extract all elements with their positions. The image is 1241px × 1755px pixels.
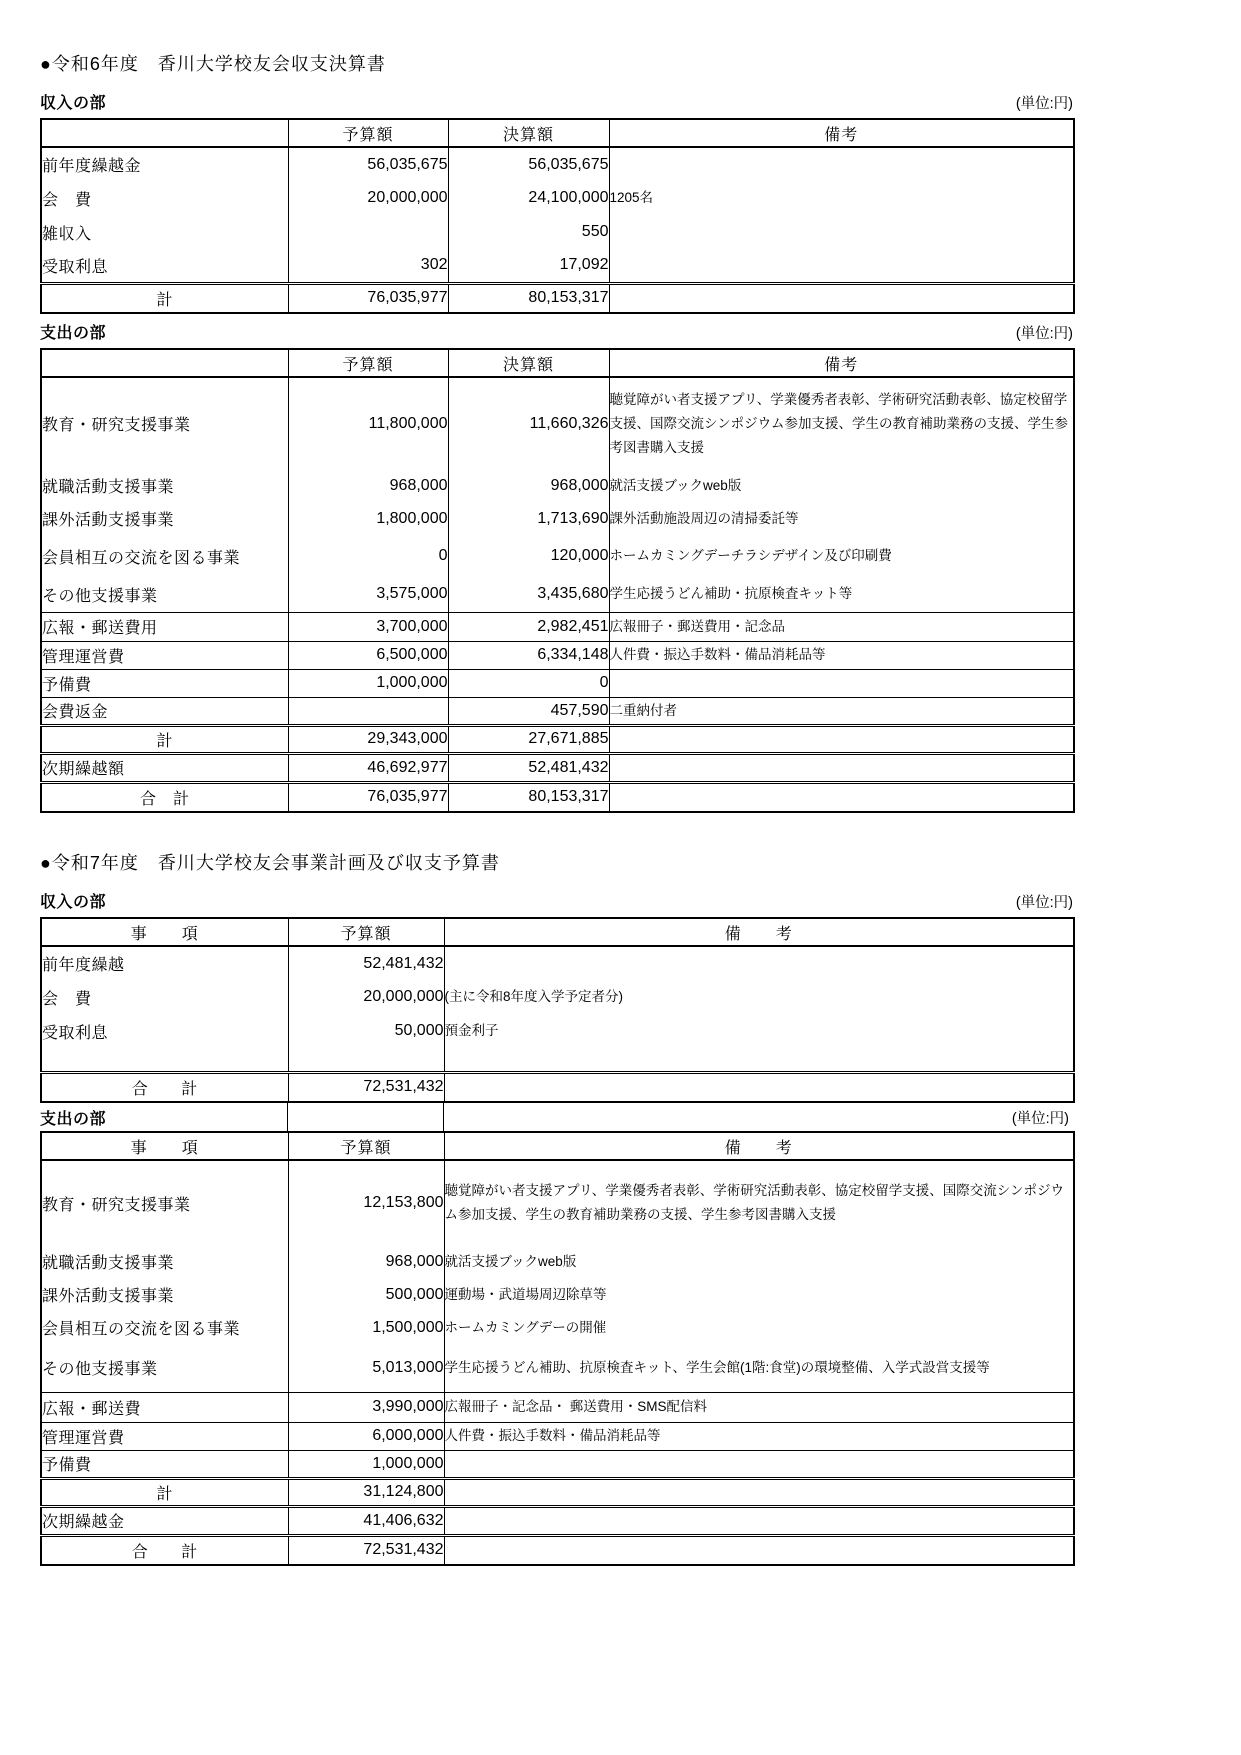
- budget-cell: 1,800,000: [288, 502, 448, 535]
- table-row: 会員相互の交流を図る事業 0 120,000 ホームカミングデーチラシデザイン及…: [41, 535, 1074, 577]
- remarks-cell: 人件費・振込手数料・備品消耗品等: [444, 1422, 1074, 1450]
- item-label-cell: 教育・研究支援事業: [41, 1160, 288, 1245]
- remarks-cell: 学生応援うどん補助、抗原検査キット、学生会館(1階:食堂)の環境整備、入学式設営…: [444, 1344, 1074, 1392]
- total-row: 計 29,343,000 27,671,885: [41, 725, 1074, 753]
- report-page: ●令和6年度 香川大学校友会収支決算書 収入の部 (単位:円) 予算額 決算額 …: [40, 0, 1073, 1566]
- remarks-cell: 預金利子: [444, 1014, 1074, 1048]
- item-header-cell: [41, 119, 288, 147]
- item-label-cell: 受取利息: [41, 1014, 288, 1048]
- grand-total-settlement-cell: 80,153,317: [448, 782, 609, 812]
- table-row: 課外活動支援事業 500,000 運動場・武道場周辺除草等: [41, 1278, 1074, 1311]
- total-remarks-cell: [609, 725, 1074, 753]
- doc2-income-unit-label: (単位:円): [1016, 891, 1073, 912]
- item-header-cell: [41, 349, 288, 377]
- doc1-income-section-label: 収入の部: [40, 90, 106, 113]
- budget-cell: 56,035,675: [288, 147, 448, 181]
- item-label-cell: 会 費: [41, 980, 288, 1014]
- item-header-cell: 事 項: [41, 1132, 288, 1160]
- settlement-cell: 1,713,690: [448, 502, 609, 535]
- remarks-header-cell: 備 考: [444, 1132, 1074, 1160]
- grand-total-row: 合 計 72,531,432: [41, 1535, 1074, 1565]
- budget-cell: 20,000,000: [288, 980, 444, 1014]
- remarks-cell: ホームカミングデーチラシデザイン及び印刷費: [609, 535, 1074, 577]
- remarks-cell: 聴覚障がい者支援アプリ、学業優秀者表彰、学術研究活動表彰、協定校留学支援、国際交…: [444, 1160, 1074, 1245]
- table-row: 会費返金 457,590 二重納付者: [41, 697, 1074, 725]
- remarks-cell: [609, 669, 1074, 697]
- budget-cell: 11,800,000: [288, 377, 448, 469]
- doc2-expense-section-row: 支出の部 (単位:円): [40, 1103, 1073, 1131]
- table-row: 会 費 20,000,000 (主に令和8年度入学予定者分): [41, 980, 1074, 1014]
- item-label-cell: 広報・郵送費: [41, 1392, 288, 1422]
- remarks-header-cell: 備考: [609, 349, 1074, 377]
- doc1-income-table: 予算額 決算額 備考 前年度繰越金 56,035,675 56,035,675 …: [40, 118, 1075, 314]
- budget-cell: 52,481,432: [288, 946, 444, 980]
- table-row: 前年度繰越金 56,035,675 56,035,675: [41, 147, 1074, 181]
- header-row: 事 項 予算額 備 考: [41, 1132, 1074, 1160]
- doc1-expense-section-label: 支出の部: [40, 320, 106, 343]
- grand-total-row: 合 計 72,531,432: [41, 1072, 1074, 1102]
- budget-cell: 3,700,000: [288, 612, 448, 641]
- carryover-settlement-cell: 52,481,432: [448, 753, 609, 782]
- item-label-cell: 課外活動支援事業: [41, 502, 288, 535]
- item-label-cell: 会費返金: [41, 697, 288, 725]
- remarks-cell: 聴覚障がい者支援アプリ、学業優秀者表彰、学術研究活動表彰、協定校留学支援、国際交…: [609, 377, 1074, 469]
- header-row: 予算額 決算額 備考: [41, 119, 1074, 147]
- budget-cell: 3,990,000: [288, 1392, 444, 1422]
- remarks-cell: 学生応援うどん補助・抗原検査キット等: [609, 577, 1074, 612]
- grand-total-remarks-cell: [609, 782, 1074, 812]
- settlement-cell: 2,982,451: [448, 612, 609, 641]
- budget-cell: 968,000: [288, 1245, 444, 1278]
- table-row: 前年度繰越 52,481,432: [41, 946, 1074, 980]
- item-label-cell: 受取利息: [41, 249, 288, 283]
- doc2-title: ●令和7年度 香川大学校友会事業計画及び収支予算書: [40, 849, 1073, 875]
- settlement-cell: 0: [448, 669, 609, 697]
- budget-cell: 3,575,000: [288, 577, 448, 612]
- total-label-cell: 計: [41, 1478, 288, 1506]
- item-label-cell: その他支援事業: [41, 577, 288, 612]
- grand-total-budget-cell: 72,531,432: [288, 1535, 444, 1565]
- budget-cell: 1,000,000: [288, 1450, 444, 1478]
- doc1-income-unit-label: (単位:円): [1016, 92, 1073, 113]
- header-row: 事 項 予算額 備 考: [41, 918, 1074, 946]
- grand-total-row: 合 計 76,035,977 80,153,317: [41, 782, 1074, 812]
- total-label-cell: 計: [41, 283, 288, 313]
- doc1-income-section-line: 収入の部 (単位:円): [40, 88, 1073, 113]
- grand-total-budget-cell: 72,531,432: [288, 1072, 444, 1102]
- doc1-expense-table: 予算額 決算額 備考 教育・研究支援事業 11,800,000 11,660,3…: [40, 348, 1075, 813]
- remarks-cell: 課外活動施設周辺の清掃委託等: [609, 502, 1074, 535]
- table-row: 会 費 20,000,000 24,100,000 1205名: [41, 181, 1074, 215]
- budget-header-cell: 予算額: [288, 349, 448, 377]
- doc2-income-section-label: 収入の部: [40, 889, 106, 912]
- table-row: 広報・郵送費用 3,700,000 2,982,451 広報冊子・郵送費用・記念…: [41, 612, 1074, 641]
- settlement-header-cell: 決算額: [448, 349, 609, 377]
- settlement-cell: 17,092: [448, 249, 609, 283]
- item-label-cell: 就職活動支援事業: [41, 1245, 288, 1278]
- table-row: 受取利息 50,000 預金利子: [41, 1014, 1074, 1048]
- carryover-row: 次期繰越金 41,406,632: [41, 1506, 1074, 1535]
- table-row: 雑収入 550: [41, 215, 1074, 249]
- remarks-cell: [609, 147, 1074, 181]
- item-label-cell: 予備費: [41, 669, 288, 697]
- spacer-cell: [444, 1048, 1074, 1072]
- table-row: 予備費 1,000,000: [41, 1450, 1074, 1478]
- doc2-income-section-line: 収入の部 (単位:円): [40, 887, 1073, 912]
- spacer-cell: [288, 1048, 444, 1072]
- budget-cell: 500,000: [288, 1278, 444, 1311]
- remarks-cell: 就活支援ブックweb版: [609, 469, 1074, 502]
- carryover-budget-cell: 46,692,977: [288, 753, 448, 782]
- budget-cell: [288, 215, 448, 249]
- budget-cell: 302: [288, 249, 448, 283]
- carryover-row: 次期繰越額 46,692,977 52,481,432: [41, 753, 1074, 782]
- total-row: 計 76,035,977 80,153,317: [41, 283, 1074, 313]
- remarks-cell: (主に令和8年度入学予定者分): [444, 980, 1074, 1014]
- grand-total-budget-cell: 76,035,977: [288, 782, 448, 812]
- total-settlement-cell: 80,153,317: [448, 283, 609, 313]
- budget-header-cell: 予算額: [288, 1132, 444, 1160]
- budget-cell: 1,000,000: [288, 669, 448, 697]
- item-label-cell: 会 費: [41, 181, 288, 215]
- budget-cell: [288, 697, 448, 725]
- remarks-cell: [444, 946, 1074, 980]
- table-row: 管理運営費 6,000,000 人件費・振込手数料・備品消耗品等: [41, 1422, 1074, 1450]
- item-label-cell: 教育・研究支援事業: [41, 377, 288, 469]
- table-row: 会員相互の交流を図る事業 1,500,000 ホームカミングデーの開催: [41, 1311, 1074, 1344]
- table-row: 受取利息 302 17,092: [41, 249, 1074, 283]
- carryover-label-cell: 次期繰越額: [41, 753, 288, 782]
- budget-cell: 1,500,000: [288, 1311, 444, 1344]
- total-row: 計 31,124,800: [41, 1478, 1074, 1506]
- settlement-cell: 24,100,000: [448, 181, 609, 215]
- remarks-cell: 広報冊子・郵送費用・記念品: [609, 612, 1074, 641]
- budget-cell: 50,000: [288, 1014, 444, 1048]
- carryover-label-cell: 次期繰越金: [41, 1506, 288, 1535]
- carryover-budget-cell: 41,406,632: [288, 1506, 444, 1535]
- grand-total-label-cell: 合 計: [41, 782, 288, 812]
- budget-cell: 6,500,000: [288, 641, 448, 669]
- total-budget-cell: 31,124,800: [288, 1478, 444, 1506]
- table-row: 課外活動支援事業 1,800,000 1,713,690 課外活動施設周辺の清掃…: [41, 502, 1074, 535]
- settlement-cell: 11,660,326: [448, 377, 609, 469]
- item-label-cell: 就職活動支援事業: [41, 469, 288, 502]
- doc2-expense-section-label: 支出の部: [40, 1111, 106, 1128]
- budget-cell: 5,013,000: [288, 1344, 444, 1392]
- budget-cell: 968,000: [288, 469, 448, 502]
- total-remarks-cell: [444, 1478, 1074, 1506]
- budget-cell: 12,153,800: [288, 1160, 444, 1245]
- item-label-cell: 雑収入: [41, 215, 288, 249]
- carryover-remarks-cell: [609, 753, 1074, 782]
- table-row: 広報・郵送費 3,990,000 広報冊子・記念品・ 郵送費用・SMS配信料: [41, 1392, 1074, 1422]
- table-row: 予備費 1,000,000 0: [41, 669, 1074, 697]
- remarks-header-cell: 備考: [609, 119, 1074, 147]
- table-row: 教育・研究支援事業 12,153,800 聴覚障がい者支援アプリ、学業優秀者表彰…: [41, 1160, 1074, 1245]
- settlement-cell: 56,035,675: [448, 147, 609, 181]
- settlement-header-cell: 決算額: [448, 119, 609, 147]
- budget-header-cell: 予算額: [288, 119, 448, 147]
- item-header-cell: 事 項: [41, 918, 288, 946]
- doc2-expense-unit-label: (単位:円): [443, 1103, 1073, 1131]
- remarks-cell: 人件費・振込手数料・備品消耗品等: [609, 641, 1074, 669]
- spacer-cell: [41, 1048, 288, 1072]
- settlement-cell: 550: [448, 215, 609, 249]
- carryover-remarks-cell: [444, 1506, 1074, 1535]
- doc1-expense-unit-label: (単位:円): [1016, 322, 1073, 343]
- table-row: 教育・研究支援事業 11,800,000 11,660,326 聴覚障がい者支援…: [41, 377, 1074, 469]
- doc2-expense-table: 事 項 予算額 備 考 教育・研究支援事業 12,153,800 聴覚障がい者支…: [40, 1131, 1075, 1566]
- budget-cell: 6,000,000: [288, 1422, 444, 1450]
- item-label-cell: その他支援事業: [41, 1344, 288, 1392]
- remarks-header-cell: 備 考: [444, 918, 1074, 946]
- remarks-cell: 広報冊子・記念品・ 郵送費用・SMS配信料: [444, 1392, 1074, 1422]
- item-label-cell: 予備費: [41, 1450, 288, 1478]
- total-budget-cell: 29,343,000: [288, 725, 448, 753]
- table-row: その他支援事業 3,575,000 3,435,680 学生応援うどん補助・抗原…: [41, 577, 1074, 612]
- settlement-cell: 457,590: [448, 697, 609, 725]
- remarks-cell: 就活支援ブックweb版: [444, 1245, 1074, 1278]
- settlement-cell: 6,334,148: [448, 641, 609, 669]
- item-label-cell: 管理運営費: [41, 1422, 288, 1450]
- header-row: 予算額 決算額 備考: [41, 349, 1074, 377]
- table-row: その他支援事業 5,013,000 学生応援うどん補助、抗原検査キット、学生会館…: [41, 1344, 1074, 1392]
- doc1-title: ●令和6年度 香川大学校友会収支決算書: [40, 50, 1073, 76]
- item-label-cell: 前年度繰越: [41, 946, 288, 980]
- total-remarks-cell: [609, 283, 1074, 313]
- remarks-cell: 運動場・武道場周辺除草等: [444, 1278, 1074, 1311]
- table-row: 就職活動支援事業 968,000 就活支援ブックweb版: [41, 1245, 1074, 1278]
- item-label-cell: 会員相互の交流を図る事業: [41, 1311, 288, 1344]
- doc1-expense-section-line: 支出の部 (単位:円): [40, 318, 1073, 343]
- empty-cell: [287, 1103, 443, 1131]
- settlement-cell: 120,000: [448, 535, 609, 577]
- budget-cell: 0: [288, 535, 448, 577]
- table-row: 就職活動支援事業 968,000 968,000 就活支援ブックweb版: [41, 469, 1074, 502]
- item-label-cell: 課外活動支援事業: [41, 1278, 288, 1311]
- grand-total-remarks-cell: [444, 1535, 1074, 1565]
- remarks-cell: [609, 215, 1074, 249]
- grand-total-label-cell: 合 計: [41, 1535, 288, 1565]
- doc2-income-table: 事 項 予算額 備 考 前年度繰越 52,481,432 会 費 20,000,…: [40, 917, 1075, 1103]
- item-label-cell: 会員相互の交流を図る事業: [41, 535, 288, 577]
- item-label-cell: 前年度繰越金: [41, 147, 288, 181]
- total-budget-cell: 76,035,977: [288, 283, 448, 313]
- remarks-cell: 二重納付者: [609, 697, 1074, 725]
- total-settlement-cell: 27,671,885: [448, 725, 609, 753]
- spacer-row: [41, 1048, 1074, 1072]
- settlement-cell: 968,000: [448, 469, 609, 502]
- budget-header-cell: 予算額: [288, 918, 444, 946]
- remarks-cell: [609, 249, 1074, 283]
- remarks-cell: ホームカミングデーの開催: [444, 1311, 1074, 1344]
- settlement-cell: 3,435,680: [448, 577, 609, 612]
- item-label-cell: 管理運営費: [41, 641, 288, 669]
- remarks-cell: 1205名: [609, 181, 1074, 215]
- remarks-cell: [444, 1450, 1074, 1478]
- grand-total-remarks-cell: [444, 1072, 1074, 1102]
- grand-total-label-cell: 合 計: [41, 1072, 288, 1102]
- doc2-expense-section-cell: 支出の部: [40, 1103, 287, 1131]
- table-row: 管理運営費 6,500,000 6,334,148 人件費・振込手数料・備品消耗…: [41, 641, 1074, 669]
- budget-cell: 20,000,000: [288, 181, 448, 215]
- item-label-cell: 広報・郵送費用: [41, 612, 288, 641]
- total-label-cell: 計: [41, 725, 288, 753]
